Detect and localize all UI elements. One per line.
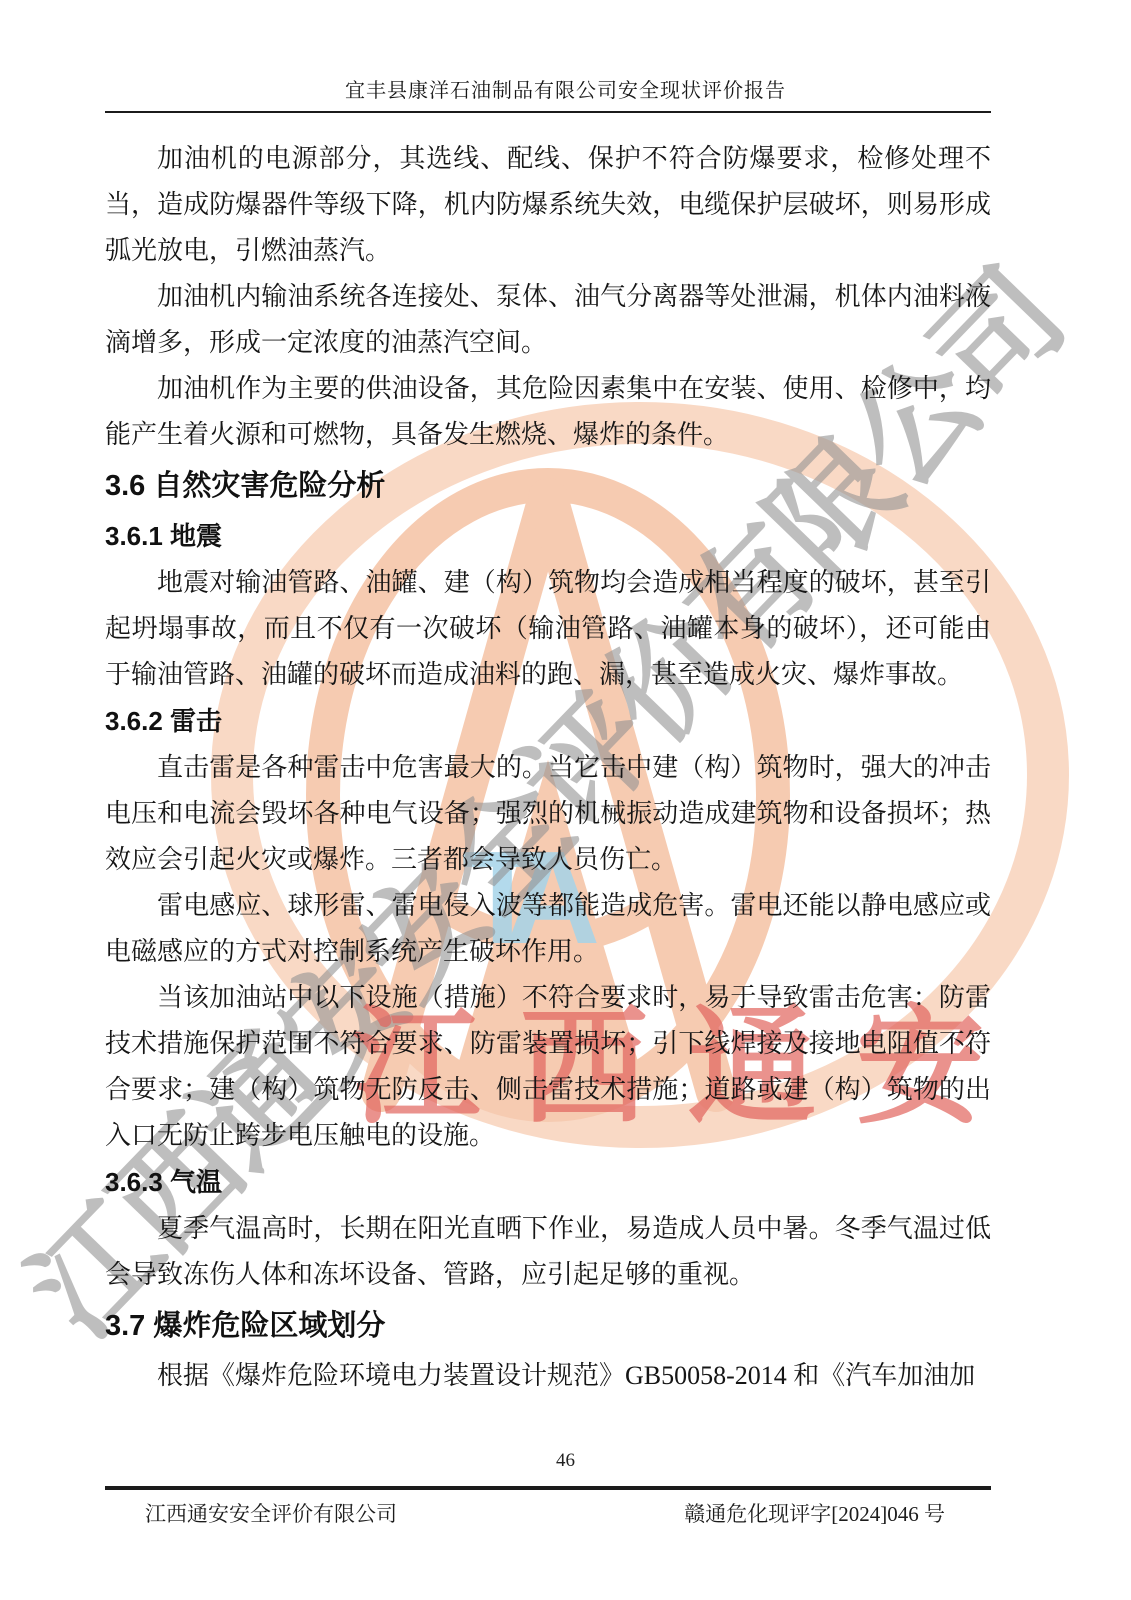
footer-company: 江西通安安全评价有限公司 <box>145 1498 397 1528</box>
header-rule <box>105 111 991 113</box>
footer-doc-number: 赣通危化现评字[2024]046 号 <box>684 1498 945 1528</box>
subsection-heading-3-6-1: 3.6.1 地震 <box>105 513 991 560</box>
footer-rule <box>105 1486 991 1490</box>
document-page: TA 江西通安安全评价有限公司 江西通安 宜丰县康洋石油制品有限公司安全现状评价… <box>0 0 1131 1600</box>
subsection-heading-3-6-3: 3.6.3 气温 <box>105 1159 991 1206</box>
paragraph: 夏季气温高时，长期在阳光直晒下作业，易造成人员中暑。冬季气温过低会导致冻伤人体和… <box>105 1206 991 1298</box>
paragraph: 直击雷是各种雷击中危害最大的。当它击中建（构）筑物时，强大的冲击电压和电流会毁坏… <box>105 745 991 883</box>
subsection-heading-3-6-2: 3.6.2 雷击 <box>105 698 991 745</box>
paragraph: 当该加油站中以下设施（措施）不符合要求时，易于导致雷击危害：防雷技术措施保护范围… <box>105 975 991 1159</box>
page-number: 46 <box>0 1450 1131 1472</box>
report-header-title: 宜丰县康洋石油制品有限公司安全现状评价报告 <box>0 74 1131 103</box>
paragraph: 加油机内输油系统各连接处、泵体、油气分离器等处泄漏，机体内油料液滴增多，形成一定… <box>105 274 991 366</box>
page-content: 宜丰县康洋石油制品有限公司安全现状评价报告 加油机的电源部分，其选线、配线、保护… <box>0 0 1131 1600</box>
paragraph: 根据《爆炸危险环境电力装置设计规范》GB50058-2014 和《汽车加油加 <box>105 1353 991 1399</box>
body-text: 加油机的电源部分，其选线、配线、保护不符合防爆要求，检修处理不当，造成防爆器件等… <box>105 136 991 1399</box>
paragraph: 加油机的电源部分，其选线、配线、保护不符合防爆要求，检修处理不当，造成防爆器件等… <box>105 136 991 274</box>
paragraph: 加油机作为主要的供油设备，其危险因素集中在安装、使用、检修中，均能产生着火源和可… <box>105 366 991 458</box>
paragraph: 雷电感应、球形雷、雷电侵入波等都能造成危害。雷电还能以静电感应或电磁感应的方式对… <box>105 883 991 975</box>
section-heading-3-6: 3.6 自然灾害危险分析 <box>105 461 991 511</box>
section-heading-3-7: 3.7 爆炸危险区域划分 <box>105 1301 991 1351</box>
paragraph: 地震对输油管路、油罐、建（构）筑物均会造成相当程度的破坏，甚至引起坍塌事故，而且… <box>105 560 991 698</box>
